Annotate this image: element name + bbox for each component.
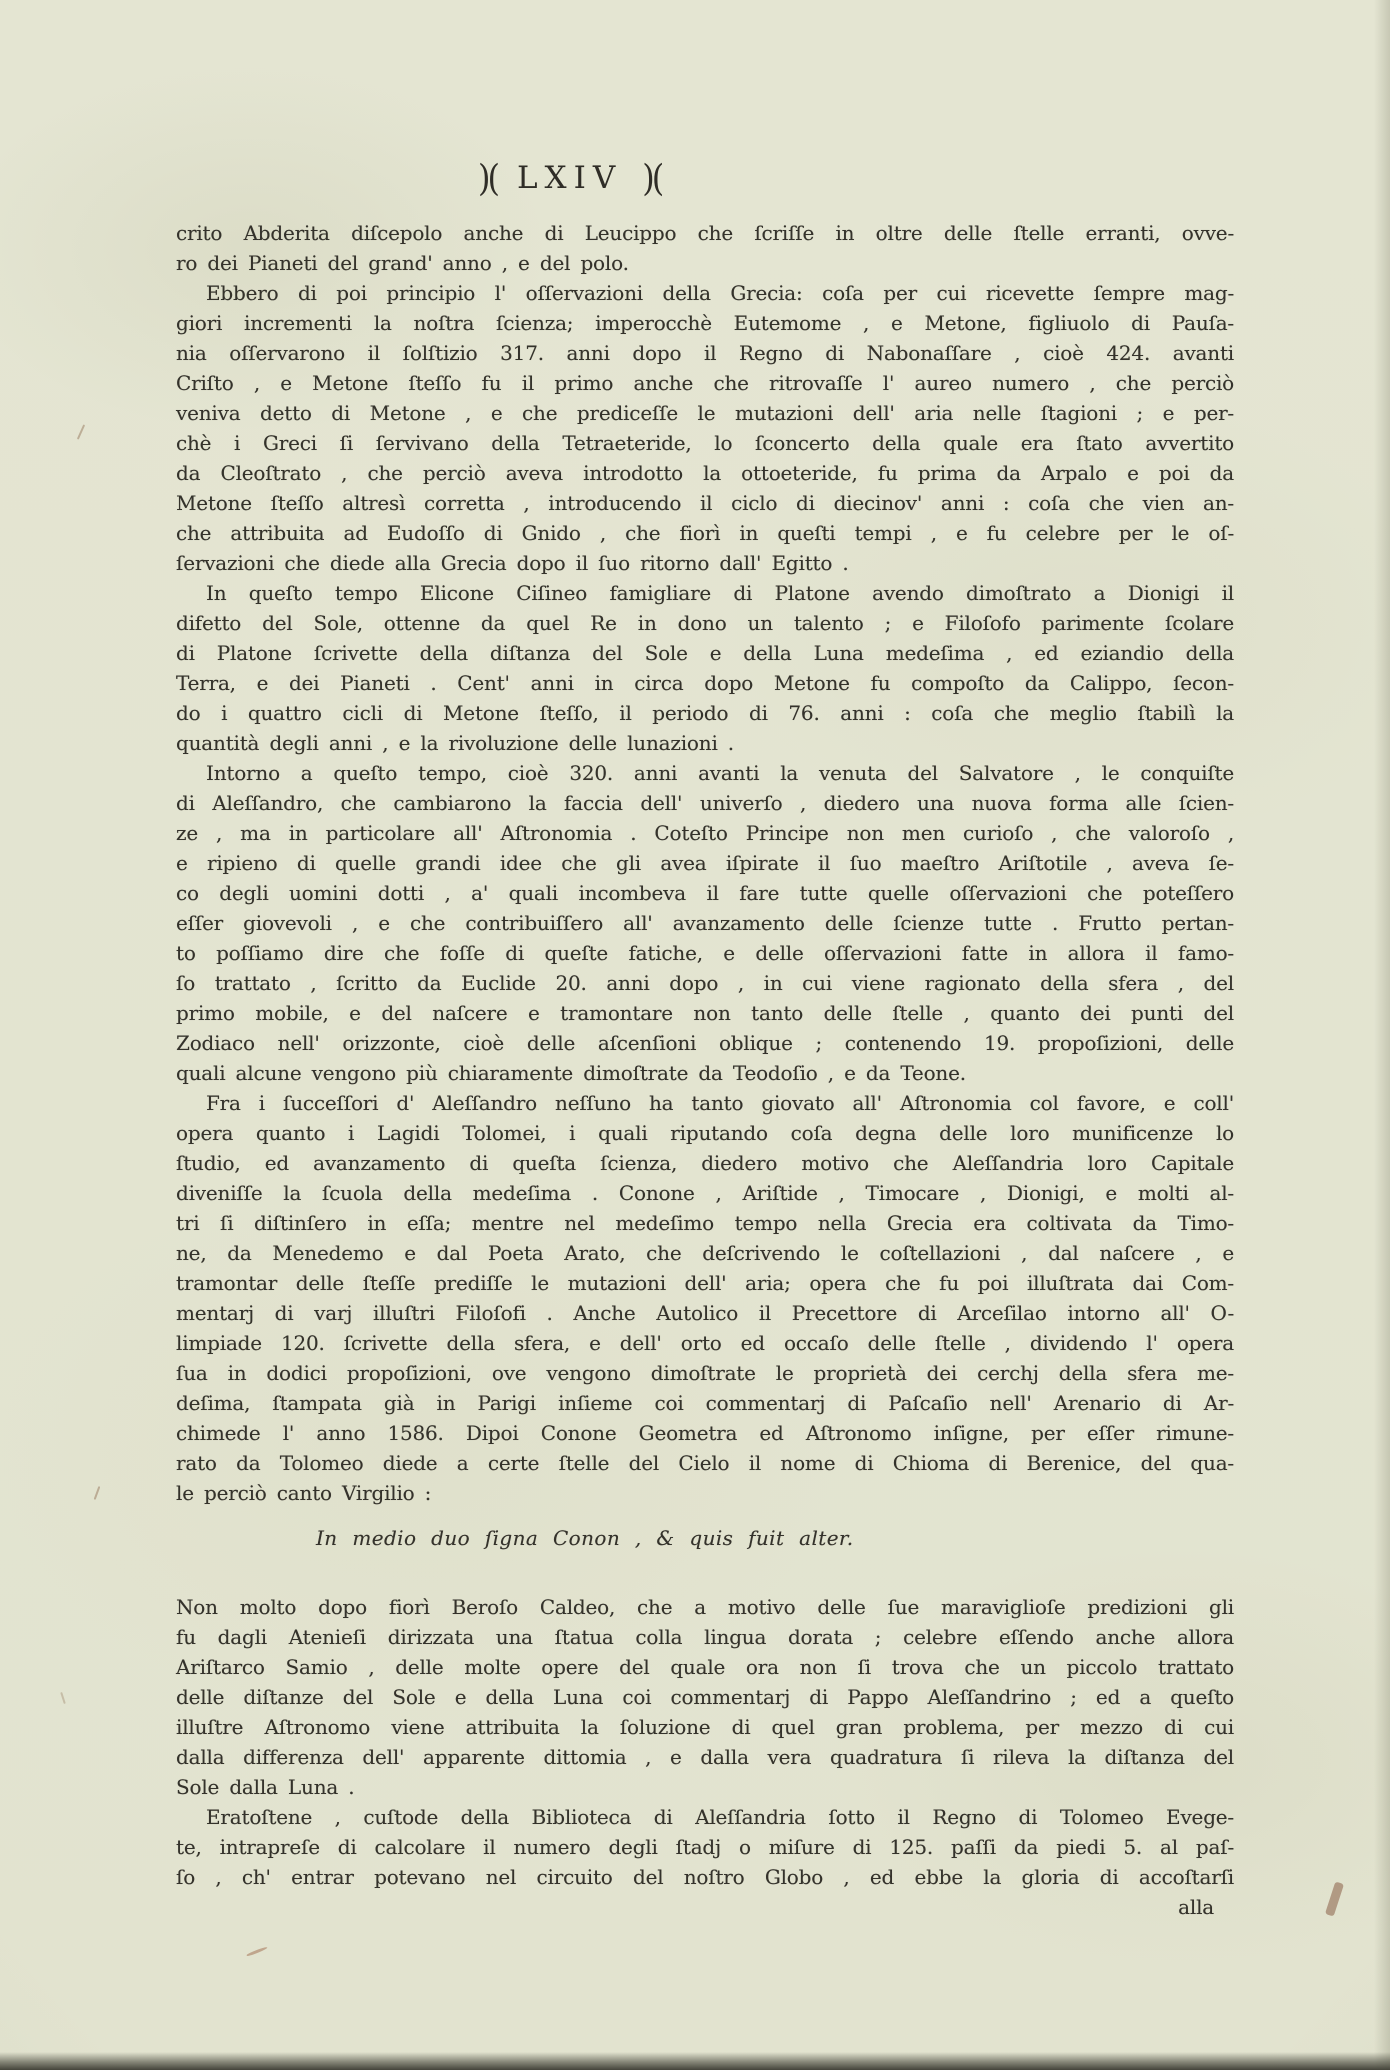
text-line: deſima, ſtampata già in Parigi inſieme c… (176, 1388, 1234, 1418)
text-line: ſo , ch' entrar potevano nel circuito de… (176, 1862, 1234, 1892)
text-line: ſua in dodici propoſizioni, ove vengono … (176, 1358, 1234, 1388)
text-line: ze , ma in particolare all' Aſtronomia .… (176, 818, 1234, 848)
book-page-scan: { "colors": { "paper": "#e4e5d2", "ink":… (0, 0, 1390, 2070)
text-line: veniva detto di Metone , e che prediceſſ… (176, 398, 1234, 428)
text-line: ſervazioni che diede alla Grecia dopo il… (176, 548, 1234, 578)
text-line: Zodiaco nell' orizzonte, cioè delle aſce… (176, 1028, 1234, 1058)
text-line: Terra, e dei Pianeti . Cent' anni in cir… (176, 668, 1234, 698)
text-line: quantità degli anni , e la rivoluzione d… (176, 728, 1234, 758)
text-line: mentarj di varj illuſtri Filoſofi . Anch… (176, 1298, 1234, 1328)
text-line: che attribuita ad Eudoſſo di Gnido , che… (176, 518, 1234, 548)
text-line: Fra i ſucceſſori d' Aleſſandro neſſuno h… (176, 1088, 1234, 1118)
text-line: ne, da Menedemo e dal Poeta Arato, che d… (176, 1238, 1234, 1268)
text-line: di Aleſſandro, che cambiarono la faccia … (176, 788, 1234, 818)
text-line: ſtudio, ed avanzamento di queſta ſcienza… (176, 1148, 1234, 1178)
page-bottom-edge (0, 2052, 1390, 2070)
page-number-header: )( LXIV )( (478, 160, 1390, 196)
latin-quote-line: In medio duo ſigna Conon , & quis fuit a… (176, 1523, 1234, 1553)
text-line: difetto del Sole, ottenne da quel Re in … (176, 608, 1234, 638)
text-line: Non molto dopo fiorì Beroſo Caldeo, che … (176, 1592, 1234, 1622)
text-line: te, intrapreſe di calcolare il numero de… (176, 1832, 1234, 1862)
text-line: da Cleoſtrato , che perciò aveva introdo… (176, 458, 1234, 488)
text-line: Ariſtarco Samio , delle molte opere del … (176, 1652, 1234, 1682)
text-line: Eratoſtene , cuſtode della Biblioteca di… (176, 1802, 1234, 1832)
text-line: Metone ſteſſo altresì corretta , introdu… (176, 488, 1234, 518)
text-line: illuſtre Aſtronomo viene attribuita la ſ… (176, 1712, 1234, 1742)
page-text: crito Abderita diſcepolo anche di Leucip… (176, 218, 1234, 1922)
text-line: ſo trattato , ſcritto da Euclide 20. ann… (176, 968, 1234, 998)
text-line: Ebbero di poi principio l' oſſervazioni … (176, 278, 1234, 308)
text-line: nia oſſervarono il ſolſtizio 317. anni d… (176, 338, 1234, 368)
catchword: alla (176, 1892, 1234, 1922)
text-line: chè i Greci ſi ſervivano della Tetraeter… (176, 428, 1234, 458)
text-line: tramontar delle ſteſſe prediſſe le mutaz… (176, 1268, 1234, 1298)
text-line: tri ſi diſtinſero in eſſa; mentre nel me… (176, 1208, 1234, 1238)
header-right-ornament: )( (642, 156, 661, 200)
header-left-ornament: )( (478, 156, 497, 200)
text-line: Sole dalla Luna . (176, 1772, 1234, 1802)
text-line: opera quanto i Lagidi Tolomei, i quali r… (176, 1118, 1234, 1148)
text-line: fu dagli Atenieſi dirizzata una ſtatua c… (176, 1622, 1234, 1652)
text-line: crito Abderita diſcepolo anche di Leucip… (176, 218, 1234, 248)
text-line: to poſſiamo dire che foſſe di queſte fat… (176, 938, 1234, 968)
text-line: dalla differenza dell' apparente dittomi… (176, 1742, 1234, 1772)
text-line: diveniſſe la ſcuola della medeſima . Con… (176, 1178, 1234, 1208)
text-line: co degli uomini dotti , a' quali incombe… (176, 878, 1234, 908)
text-line: In queſto tempo Elicone Ciſineo famiglia… (176, 578, 1234, 608)
text-line: chimede l' anno 1586. Dipoi Conone Geome… (176, 1418, 1234, 1448)
text-line: do i quattro cicli di Metone ſteſſo, il … (176, 698, 1234, 728)
page-content: )( LXIV )( crito Abderita diſcepolo anch… (0, 0, 1390, 2070)
text-line: e ripieno di quelle grandi idee che gli … (176, 848, 1234, 878)
text-line: eſſer giovevoli , e che contribuiſſero a… (176, 908, 1234, 938)
text-line: primo mobile, e del naſcere e tramontare… (176, 998, 1234, 1028)
page-number: LXIV (517, 160, 622, 196)
text-line: quali alcune vengono più chiaramente dim… (176, 1058, 1234, 1088)
text-line: Intorno a queſto tempo, cioè 320. anni a… (176, 758, 1234, 788)
text-line: ro dei Pianeti del grand' anno , e del p… (176, 248, 1234, 278)
text-line: di Platone ſcrivette della diſtanza del … (176, 638, 1234, 668)
text-line: delle diſtanze del Sole e della Luna coi… (176, 1682, 1234, 1712)
text-line: rato da Tolomeo diede a certe ſtelle del… (176, 1448, 1234, 1478)
text-line: Criſto , e Metone ſteſſo fu il primo anc… (176, 368, 1234, 398)
text-line: giori incrementi la noſtra ſcienza; impe… (176, 308, 1234, 338)
text-line: le perciò canto Virgilio : (176, 1478, 1234, 1508)
text-line: limpiade 120. ſcrivette della sfera, e d… (176, 1328, 1234, 1358)
